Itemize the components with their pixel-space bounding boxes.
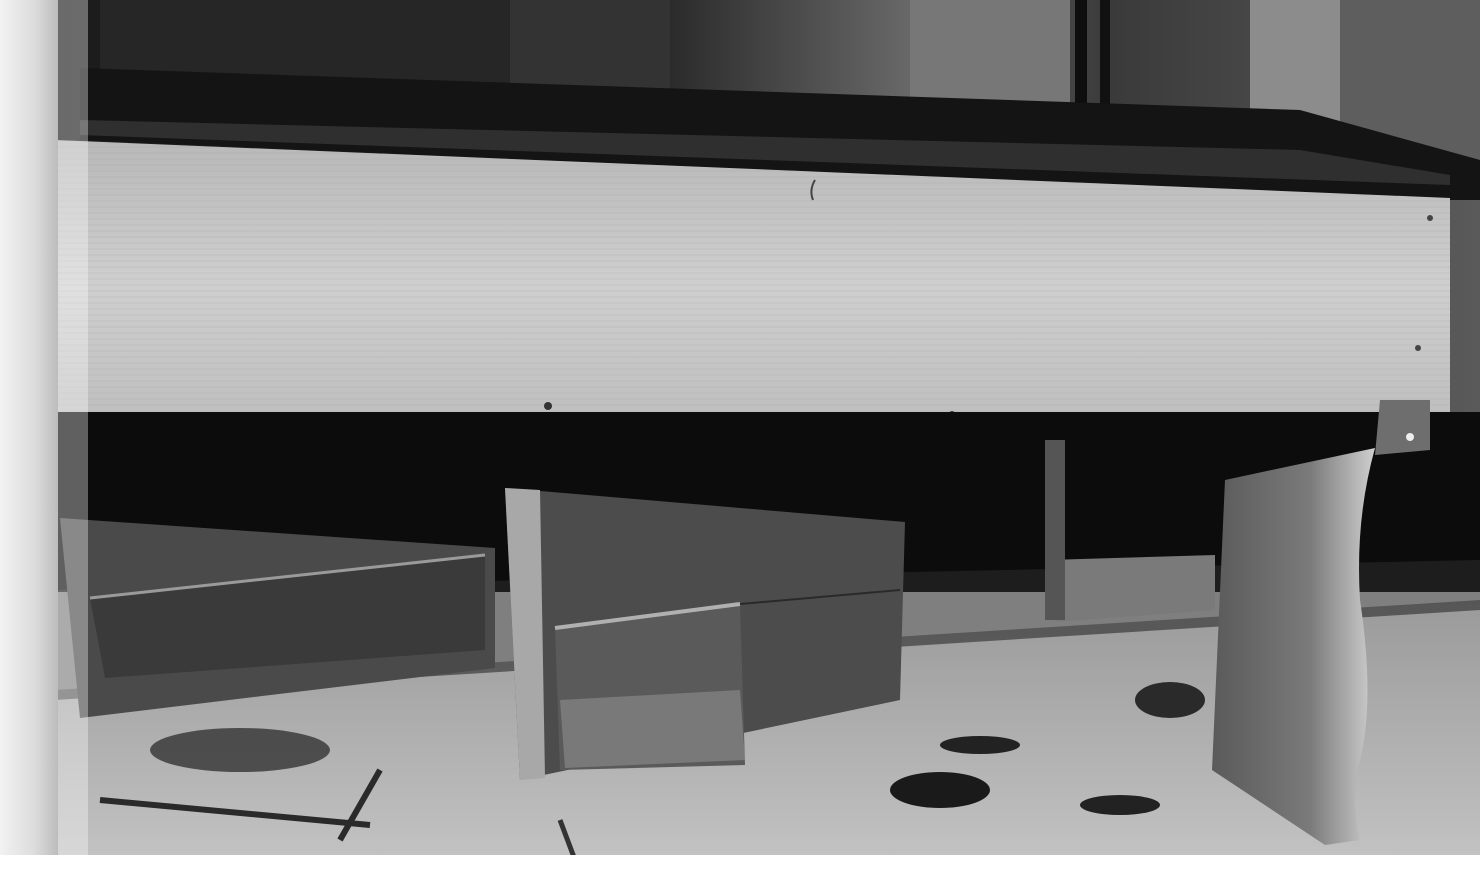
photo-border xyxy=(0,855,1480,869)
bench-photograph xyxy=(0,0,1480,869)
left-post xyxy=(0,0,88,869)
